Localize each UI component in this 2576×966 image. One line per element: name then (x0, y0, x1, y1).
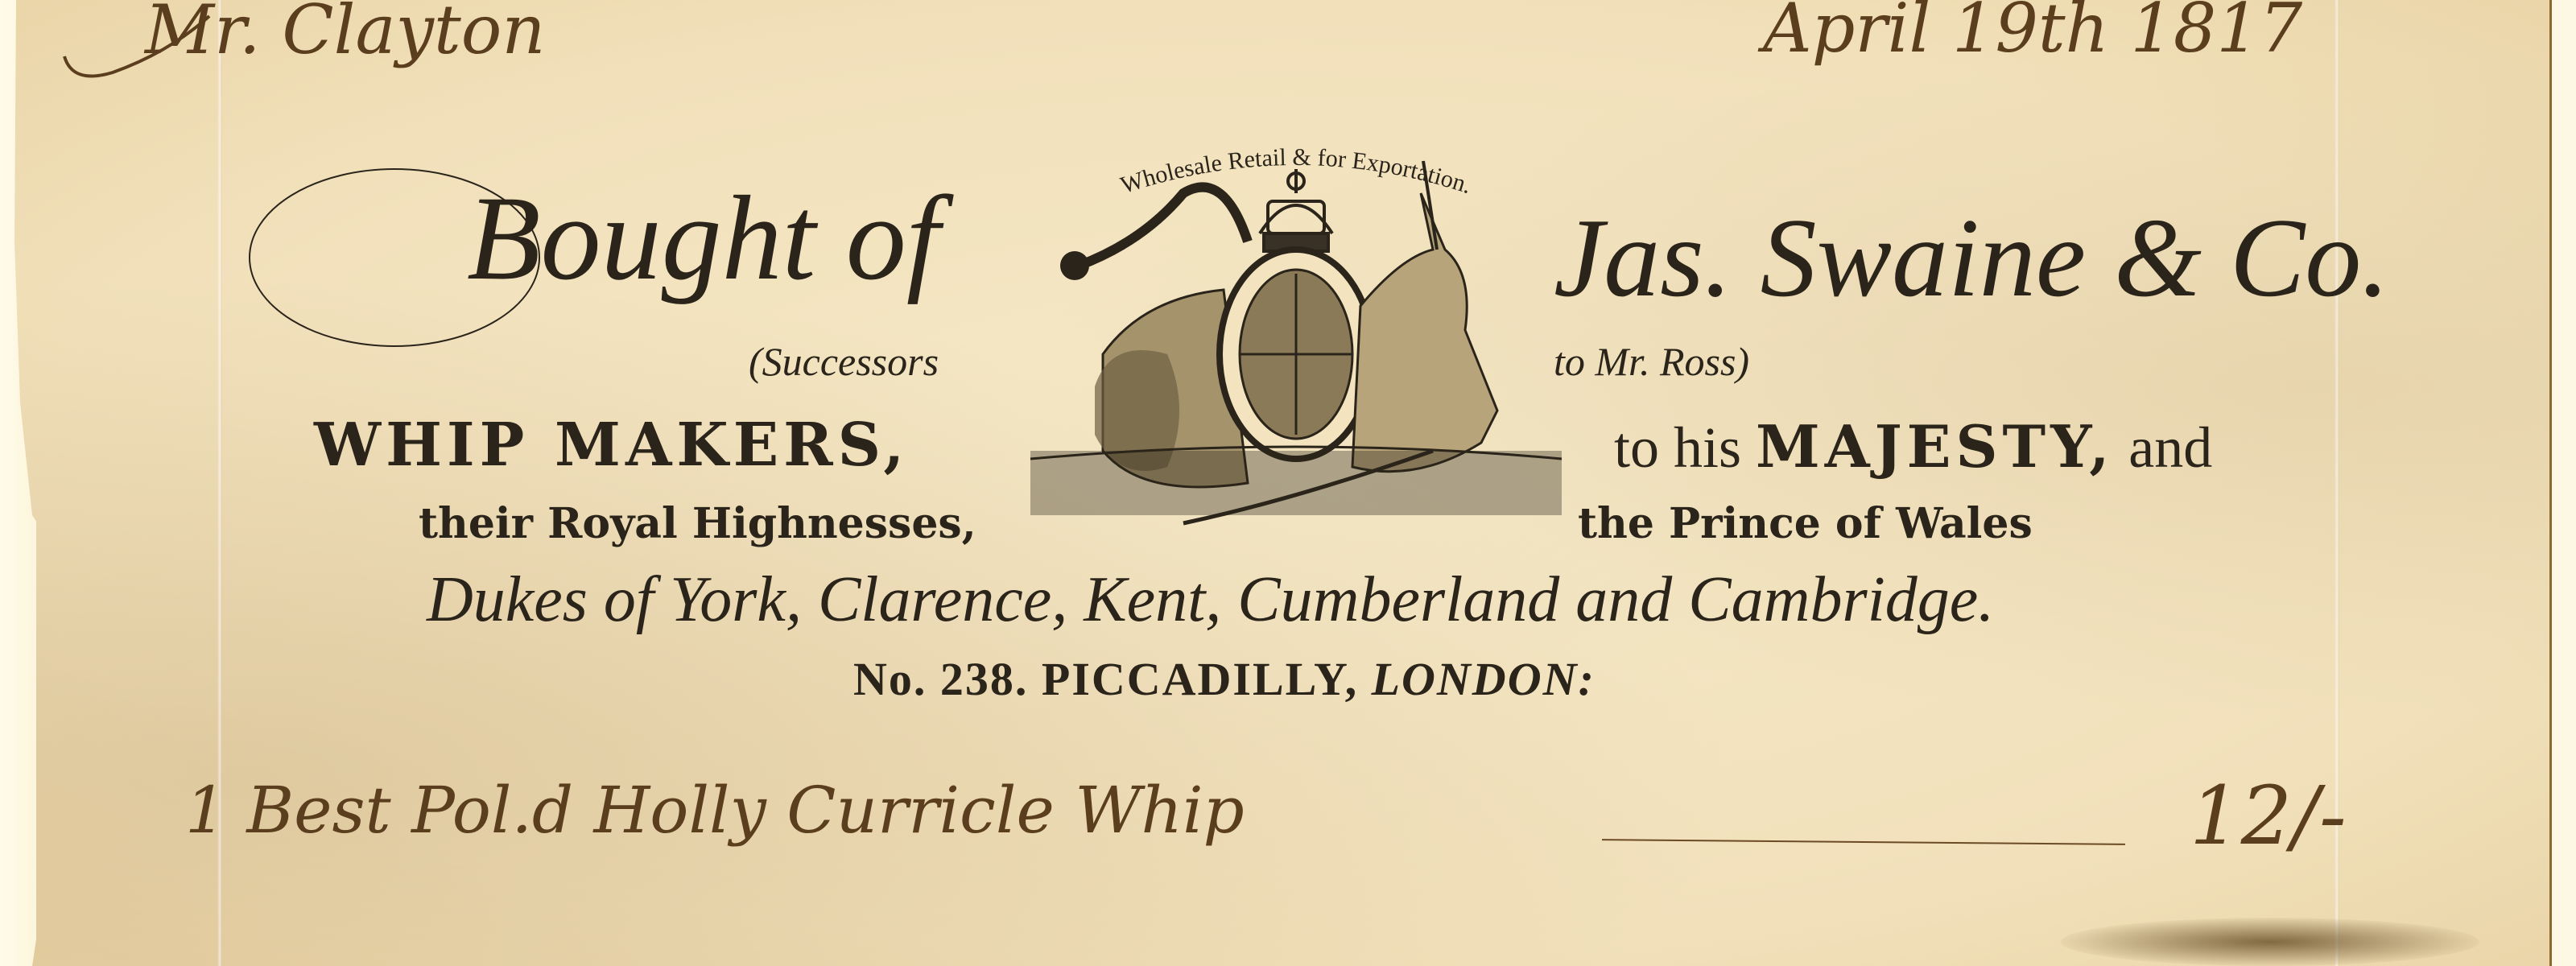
trade-majesty: MAJESTY, (1756, 412, 2114, 481)
successors-left: (Successors (749, 338, 939, 385)
trade-whip-makers: WHIP MAKERS, (314, 411, 909, 480)
compartment-ground (1030, 451, 1562, 515)
invoice-date: April 19th 1817 (1763, 0, 2302, 68)
line-item-quantity: 1 (185, 773, 226, 848)
successors-right: to Mr. Ross) (1554, 338, 1749, 385)
dukes-line: Dukes of York, Clarence, Kent, Cumberlan… (427, 563, 1994, 637)
royal-coat-of-arms: Wholesale Retail & for Exportation. (982, 145, 1610, 547)
recipient-flourish (56, 8, 217, 80)
bleed-through-marks (1529, 765, 2173, 966)
prince-of-wales: the Prince of Wales (1578, 499, 2033, 548)
address-line: No. 238. PICCADILLY, LONDON: (853, 652, 1596, 706)
bought-of-flourish (233, 161, 555, 370)
street-address: No. 238. PICCADILLY, (853, 653, 1358, 705)
unicorn-supporter-icon (1352, 193, 1497, 472)
line-item-description: 1 Best Pol.d Holly Curricle Whip (185, 773, 1245, 848)
lion-tail-icon (1079, 188, 1248, 266)
trade-suffix: and (2128, 415, 2212, 480)
line-item-amount: 12/- (2190, 769, 2347, 863)
royal-highnesses: their Royal Highnesses, (419, 499, 976, 548)
trade-prefix: to his (1614, 415, 1741, 480)
crown-icon (1260, 169, 1332, 251)
trade-to-his-majesty: to his MAJESTY, and (1614, 412, 2212, 481)
seller-name: Jas. Swaine & Co. (1554, 193, 2389, 323)
line-item-text: Best Pol.d Holly Curricle Whip (246, 773, 1244, 848)
city-name: LONDON: (1372, 653, 1596, 705)
right-page-edge (2549, 0, 2576, 966)
